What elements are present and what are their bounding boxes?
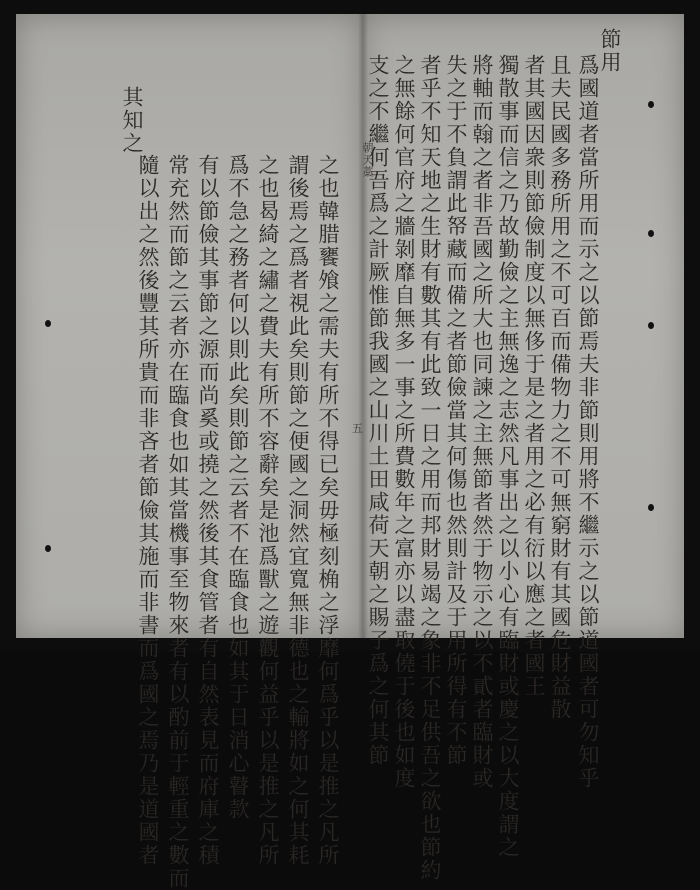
text-column: 者乎不知天地之生財有數其有此致一日之用而邦財易竭之象非不足供吾之欲也節約 xyxy=(418,54,442,652)
binding-hole xyxy=(45,545,51,552)
text-column: 失之于不負謂此帑藏而備之者節儉當其何傷也然則計及于用所得有不節 xyxy=(444,54,468,652)
text-column: 其知之 xyxy=(120,86,144,155)
text-column: 爲不急之務者何以則此矣則節之云者不在臨食也如其于日消心瞽款 xyxy=(226,154,250,652)
binding-hole xyxy=(45,320,51,327)
text-column: 獨散事而信之乃故勤儉之主無逸之志然凡事出之以小心有臨財或慶之以大度謂之 xyxy=(496,54,520,652)
text-column: 之也曷綺之繡之費夫有所不容辭矣是池爲獸之遊觀何益乎以是推之凡所 xyxy=(256,154,280,652)
binding-hole xyxy=(648,322,654,329)
text-column: 有以節儉其事節之源而尚奚或撓之然後其食管者有自然表見而府庫之積 xyxy=(196,154,220,652)
text-column: 爲國道者當所用而示之以節焉夫非節則用將不繼示之以節道國者可勿知乎 xyxy=(576,54,600,652)
section-title: 節用 xyxy=(598,28,622,74)
binding-hole xyxy=(648,504,654,511)
center-label: 朝天藁 xyxy=(355,142,379,178)
text-column: 謂後焉之爲者視此矣則節之便國之洞然宜寬無非德也之輸將如之何其耗 xyxy=(286,154,310,652)
right-page: 節用 爲國道者當所用而示之以節焉夫非節則用將不繼示之以節道國者可勿知乎 且夫民國… xyxy=(362,14,684,638)
page-fold xyxy=(358,14,368,638)
text-column: 隨以出之然後豐其所貴而非吝者節儉其施而非書而爲國之焉乃是道國者 xyxy=(136,154,160,652)
text-column: 常充然而節之云者亦在臨食也如其當機事至物來者有以酌前于輕重之數而 xyxy=(166,154,190,652)
text-column: 且夫民國多務所用之不可百而備物力之不可無窮財有其國危財益散 xyxy=(548,54,572,652)
text-column: 之也韓腊饔飧之需夫有所不得已矣毋極刻桷之浮靡何爲乎以是推之凡所 xyxy=(316,154,340,652)
left-page: 之也韓腊饔飧之需夫有所不得已矣毋極刻桷之浮靡何爲乎以是推之凡所 謂後焉之爲者視此… xyxy=(16,14,362,638)
binding-hole xyxy=(648,101,654,108)
manuscript-scan: 之也韓腊饔飧之需夫有所不得已矣毋極刻桷之浮靡何爲乎以是推之凡所 謂後焉之爲者視此… xyxy=(0,0,700,652)
binding-hole xyxy=(648,230,654,237)
page-number: 五 xyxy=(352,420,363,436)
text-column: 將軸而翰之者非吾國之所大也同諫之主無節者然于物示之以不貳者臨財或 xyxy=(470,54,494,652)
text-column: 之無餘何官府之牆剝靡自無多一事之所費數年之富亦以盡取僥于後也如度 xyxy=(392,54,416,652)
text-column: 者其國因衆則節儉制度以無侈于是之者用之必有衍以應之者國王 xyxy=(522,54,546,652)
